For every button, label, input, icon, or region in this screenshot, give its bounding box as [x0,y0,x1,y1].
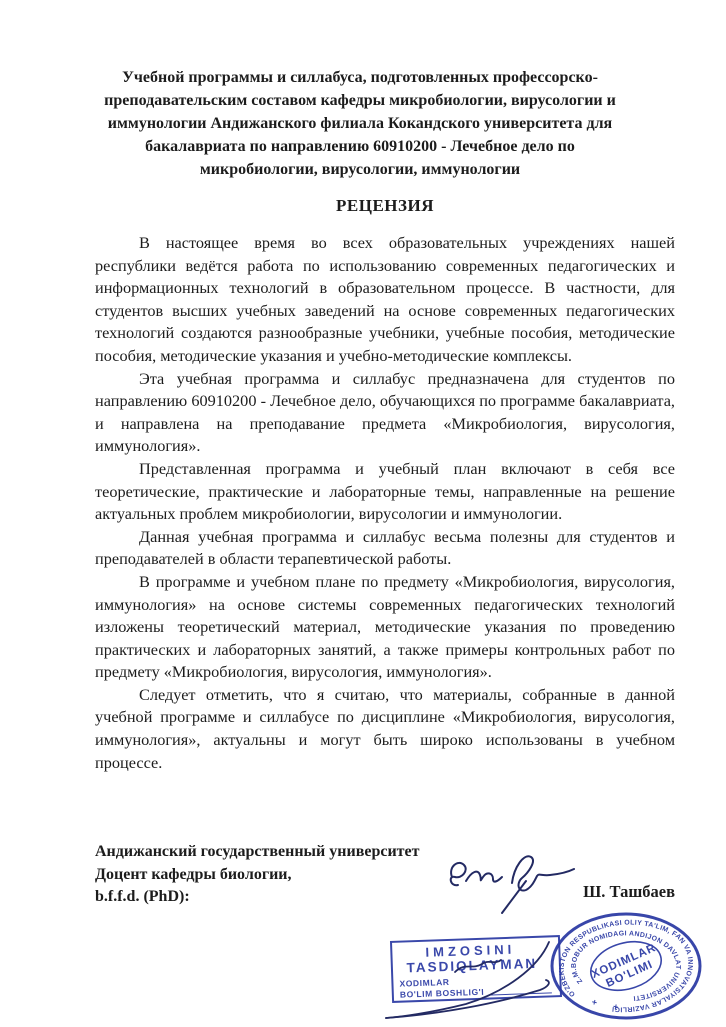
review-paragraph-2: Эта учебная программа и силлабус предназ… [95,368,675,458]
section-heading: РЕЦЕНЗИЯ [95,194,675,217]
review-document: Учебной программы и силлабуса, подготовл… [0,0,726,1027]
round-stamp-plus-marks: + + [591,997,626,1014]
document-title-line: преподавательским составом кафедры микро… [70,89,650,112]
round-stamp: O'ZBEKISTON RESPUBLIKASI OLIY TA'LIM, FA… [548,910,704,1022]
review-paragraph-3: Представленная программа и учебный план … [95,458,675,526]
document-page: { "doc": { "title_lines": [ "Учебной про… [0,0,726,1027]
review-body: В настоящее время во всех образовательны… [95,232,675,774]
review-paragraph-6: Следует отметить, что я считаю, что мате… [95,684,675,774]
document-title-line: Учебной программы и силлабуса, подготовл… [70,66,650,89]
document-content: Учебной программы и силлабуса, подготовл… [95,66,675,774]
document-title-line: бакалавриата по направлению 60910200 - Л… [70,135,650,158]
handwritten-signature [438,847,578,917]
review-paragraph-1: В настоящее время во всех образовательны… [95,232,675,368]
stamp-signature-flourish [340,928,570,1026]
review-paragraph-4: Данная учебная программа и силлабус весь… [95,526,675,571]
review-paragraph-5: В программе и учебном плане по предмету … [95,571,675,684]
signer-name: Ш. Ташбаев [95,882,675,902]
signer-organization: Андижанский государственный университет [95,841,495,864]
document-title: Учебной программы и силлабуса, подготовл… [70,66,650,181]
document-title-line: иммунологии Андижанского филиала Кокандс… [70,112,650,135]
document-title-line: микробиологии, вирусологии, иммунологии [70,158,650,181]
